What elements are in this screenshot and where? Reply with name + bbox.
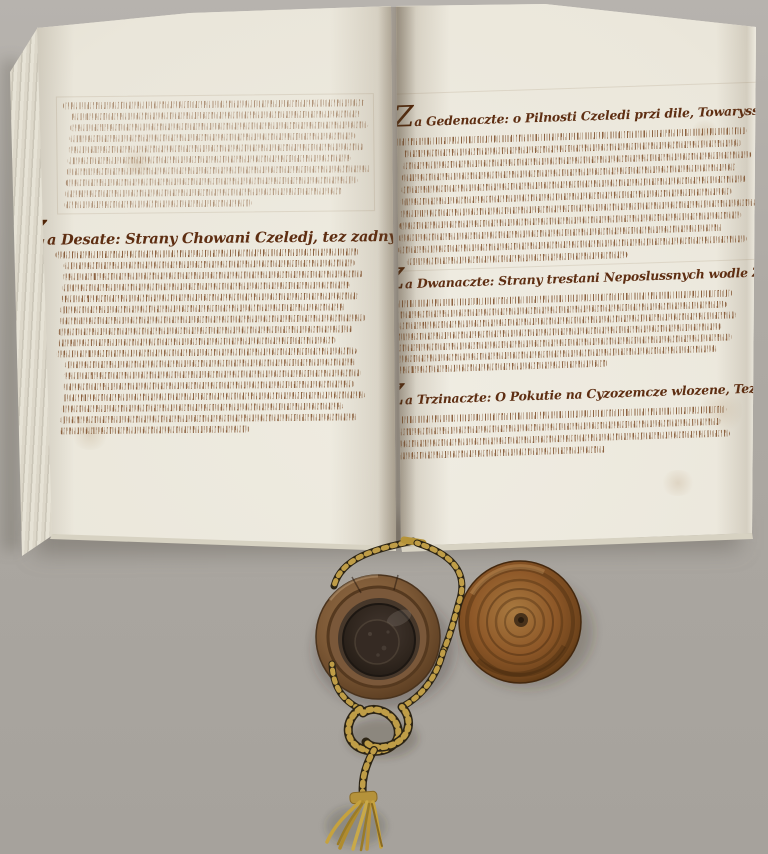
manuscript-photo: Za Desate: Strany Chowani Czeledj, tez z… <box>0 0 768 854</box>
seal-assembly <box>0 0 768 854</box>
seal-impression <box>355 620 399 664</box>
seal-case-lid <box>459 561 581 683</box>
